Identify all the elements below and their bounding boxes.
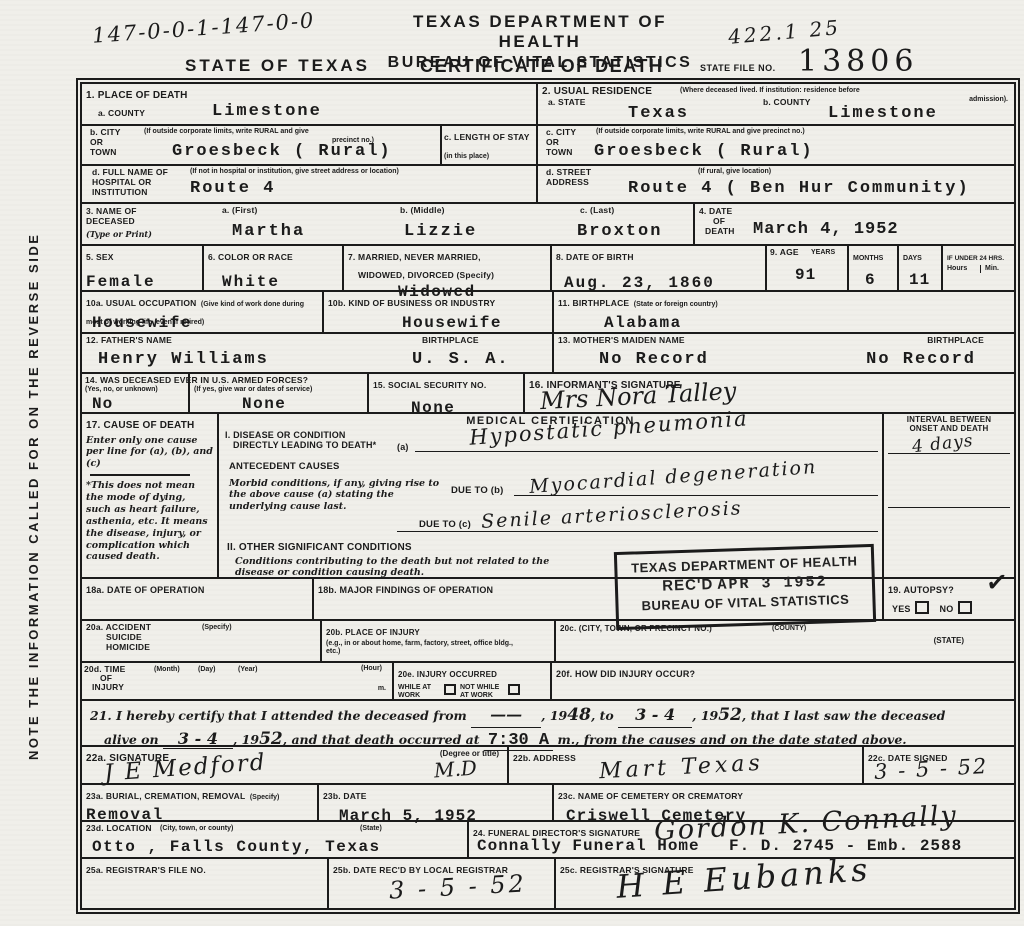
usual-residence-note: (Where deceased lived. If institution: r… [680, 87, 860, 95]
autopsy-yes-label: YES [892, 604, 911, 614]
age-days-value: 11 [909, 271, 937, 289]
reverse-side-note: NOTE THE INFORMATION CALLED FOR ON THE R… [26, 150, 41, 760]
certify-year3-hw: 52 [259, 729, 283, 749]
state-of-texas-label: STATE OF TEXAS [185, 56, 370, 76]
scanned-death-certificate: 147-0-0-1-147-0-0 TEXAS DEPARTMENT OF HE… [0, 0, 1024, 926]
mothers-name-value: No Record [599, 350, 709, 369]
place-of-death-title: 1. PLACE OF DEATH [86, 90, 188, 101]
age-years-label: YEARS [811, 249, 835, 257]
armed-forces-value: No [92, 395, 113, 413]
burial-date-label: 23b. DATE [323, 791, 367, 801]
place-of-injury-label: 20b. PLACE OF INJURY [326, 628, 420, 637]
interval-label: INTERVAL BETWEEN [888, 415, 1010, 424]
occupation-label: 10a. USUAL OCCUPATION [86, 298, 196, 308]
last-name-value: Broxton [577, 222, 662, 241]
location-note: (City, town, or county) [160, 825, 233, 833]
certify-p1: 21. I hereby certify that I attended the… [90, 708, 467, 723]
injury-hour-label: (Hour) [361, 665, 382, 673]
other-conditions-label: II. OTHER SIGNIFICANT CONDITIONS [227, 542, 412, 554]
autopsy-no-checkbox [958, 601, 972, 614]
middle-name-value: Lizzie [404, 222, 477, 241]
certify-p7: , 19 [233, 732, 259, 747]
mothers-name-label: 13. MOTHER'S MAIDEN NAME [558, 336, 685, 346]
due-to-b-label: DUE TO (b) [451, 486, 504, 497]
age-months-value: 6 [865, 271, 893, 289]
section-usual-residence: 2. USUAL RESIDENCE (Where deceased lived… [538, 84, 1014, 202]
disease-label2: DIRECTLY LEADING TO DEATH* [233, 440, 376, 450]
autopsy-no-checkmark: ✓ [984, 566, 1009, 599]
stamp-recd: REC'D [662, 576, 714, 595]
first-name-value: Martha [232, 222, 305, 241]
state-file-number: 13806 [798, 44, 918, 79]
address-label: 22b. ADDRESS [513, 753, 576, 763]
cemetery-label: 23c. NAME OF CEMETERY OR CREMATORY [558, 791, 743, 801]
disease-label: I. DISEASE OR CONDITION [225, 430, 346, 440]
sex-value: Female [86, 273, 198, 291]
mother-birthplace-value: No Record [866, 350, 976, 369]
autopsy-no-label: NO [940, 604, 954, 614]
morbid-note: Morbid conditions, if any, giving rise t… [229, 478, 441, 512]
date-signed-handwriting: 3 - 5 - 52 [873, 754, 988, 784]
armed-forces-note: (Yes, no, or unknown) [85, 386, 158, 394]
min-label: Min. [981, 265, 999, 273]
major-findings-label: 18b. MAJOR FINDINGS OF OPERATION [318, 585, 493, 595]
certify-p5: , that I last saw the deceased [742, 708, 946, 723]
res-city-note: (If outside corporate limits, write RURA… [596, 128, 926, 136]
certify-from-hw: —— [471, 703, 541, 728]
row-funeral-director: 23d. LOCATION (City, town, or county) (S… [82, 822, 1014, 859]
certify-p3: , to [591, 708, 614, 723]
registrar-signature: H E Eubanks [615, 850, 873, 906]
name-of-deceased-label: 3. NAME OF DECEASED [86, 207, 166, 227]
divider-rule [90, 474, 190, 476]
ssn-label: 15. SOCIAL SECURITY NO. [373, 380, 486, 390]
age-days-label: DAYS [903, 255, 922, 262]
length-of-stay-note: (in this place) [444, 153, 489, 160]
age-years-value: 91 [795, 266, 816, 284]
occupation-value: Housewife [92, 314, 192, 332]
hospital-label: d. FULL NAME OF HOSPITAL OR INSTITUTION [92, 168, 182, 197]
city-value: Groesbeck ( Rural) [172, 142, 392, 161]
certificate-table: 1. PLACE OF DEATH a. COUNTY Limestone b.… [80, 82, 1016, 910]
while-at-work-label: WHILE AT WORK [398, 684, 440, 699]
row-injury-time: 20d. TIME OF INJURY (Month) (Day) (Year)… [82, 663, 1014, 701]
how-injury-label: 20f. HOW DID INJURY OCCUR? [556, 669, 695, 679]
age-months-label: MONTHS [853, 255, 883, 262]
row-demographics: 5. SEX Female 6. COLOR OR RACE White 7. … [82, 246, 1014, 292]
dob-value: Aug. 23, 1860 [564, 274, 761, 292]
city-town-label: b. CITY OR TOWN [90, 128, 132, 157]
street-label: d. STREET ADDRESS [546, 168, 594, 188]
interval-label2: ONSET AND DEATH [888, 424, 1010, 433]
injury-day-label: (Day) [198, 666, 216, 674]
county-label: a. COUNTY [98, 108, 145, 118]
mother-birthplace-label: BIRTHPLACE [927, 336, 984, 346]
antecedent-label: ANTECEDENT CAUSES [229, 462, 340, 473]
hospital-note: (If not in hospital or institution, give… [190, 168, 510, 176]
fathers-name-value: Henry Williams [98, 350, 269, 369]
accident-specify-note: (Specify) [202, 624, 232, 632]
business-value: Housewife [402, 314, 502, 332]
cause-a-label: (a) [397, 442, 409, 452]
marital-label: 7. MARRIED, NEVER MARRIED, [348, 252, 481, 262]
row-armed-forces: 14. WAS DECEASED EVER IN U.S. ARMED FORC… [82, 374, 1014, 414]
color-race-label: 6. COLOR OR RACE [208, 252, 293, 262]
autopsy-yes-checkbox [915, 601, 929, 614]
injury-state-label: (STATE) [934, 637, 964, 646]
date-of-death-label3: DEATH [705, 227, 735, 237]
certify-p6: alive on [104, 732, 159, 747]
not-while-at-work-checkbox [508, 684, 520, 695]
autopsy-label: 19. AUTOPSY? [888, 585, 954, 595]
armed-forces-service-value: None [242, 395, 286, 413]
last-name-label: c. (Last) [580, 206, 614, 216]
birthplace-note: (State or foreign country) [634, 301, 718, 308]
burial-note: (Specify) [250, 794, 280, 801]
cause-note1: Enter only one cause per line for (a), (… [86, 435, 213, 469]
armed-forces-label: 14. WAS DECEASED EVER IN U.S. ARMED FORC… [85, 376, 365, 386]
place-of-injury-note: (e.g., in or about home, farm, factory, … [326, 640, 526, 655]
certificate-title: CERTIFICATE OF DEATH [420, 56, 663, 77]
birthplace-value: Alabama [604, 314, 682, 332]
handwritten-file-code: 147-0-0-1-147-0-0 [91, 8, 316, 48]
certify-alive-hw: 3 - 4 [163, 729, 233, 749]
injury-county-label: (COUNTY) [772, 625, 806, 633]
location-value: Otto , Falls County, Texas [92, 838, 381, 856]
row-medical-certification: 17. CAUSE OF DEATH Enter only one cause … [82, 414, 1014, 579]
certify-p2: , 19 [541, 708, 567, 723]
certify-year2-hw: 52 [718, 703, 742, 729]
res-state-label: a. STATE [548, 98, 586, 108]
first-name-label: a. (First) [222, 206, 258, 216]
not-while-at-work-label: NOT WHILE AT WORK [460, 684, 504, 699]
res-county-value: Limestone [828, 104, 938, 123]
street-value: Route 4 ( Ben Hur Community) [628, 179, 970, 198]
row-physician-signature: 22a. SIGNATURE (Degree or title) J E Med… [82, 747, 1014, 785]
res-city-label: c. CITY OR TOWN [546, 128, 588, 157]
location-label: 23d. LOCATION [86, 824, 152, 834]
row-registrar: 25a. REGISTRAR'S FILE NO. 25b. DATE REC'… [82, 859, 1014, 909]
received-stamp: TEXAS DEPARTMENT OF HEALTH REC'D APR 3 1… [614, 544, 876, 630]
injury-month-label: (Month) [154, 666, 180, 674]
res-city-value: Groesbeck ( Rural) [594, 142, 814, 161]
certify-p4: , 19 [692, 708, 718, 723]
row-certify-statement: 21. I hereby certify that I attended the… [82, 701, 1014, 747]
dob-label: 8. DATE OF BIRTH [556, 252, 634, 262]
registrar-file-label: 25a. REGISTRAR'S FILE NO. [86, 865, 206, 875]
certify-p9: m., from the causes and on the date stat… [558, 732, 907, 747]
hospital-value: Route 4 [190, 179, 275, 198]
business-label: 10b. KIND OF BUSINESS OR INDUSTRY [328, 298, 495, 308]
type-or-print-note: (Type or Print) [86, 230, 152, 239]
date-of-death-value: March 4, 1952 [753, 220, 899, 239]
length-of-stay-label: c. LENGTH OF STAY [444, 132, 530, 142]
middle-name-label: b. (Middle) [400, 206, 445, 216]
cause-of-death-label: 17. CAUSE OF DEATH [86, 420, 194, 431]
birthplace-label: 11. BIRTHPLACE [558, 298, 629, 308]
burial-label: 23a. BURIAL, CREMATION, REMOVAL [86, 791, 245, 801]
other-conditions-note: Conditions contributing to the death but… [235, 556, 565, 579]
injury-occurred-label: 20e. INJURY OCCURRED [398, 670, 497, 679]
row-name: 3. NAME OF DECEASED (Type or Print) a. (… [82, 204, 1014, 246]
row-place-residence: 1. PLACE OF DEATH a. COUNTY Limestone b.… [82, 84, 1014, 204]
certify-year1-hw: 48 [567, 703, 591, 729]
age-label: 9. AGE [770, 248, 799, 258]
usual-residence-title: 2. USUAL RESIDENCE [542, 86, 652, 98]
marital-label2: WIDOWED, DIVORCED (Specify) [358, 270, 494, 280]
row-injury-place: 20a. ACCIDENT SUICIDE HOMICIDE (Specify)… [82, 621, 1014, 663]
father-birthplace-label: BIRTHPLACE [422, 336, 479, 346]
under-24hrs-label: IF UNDER 24 HRS. [947, 255, 1004, 262]
location-state-note: (State) [360, 825, 382, 833]
state-file-no-label: STATE FILE NO. [700, 63, 776, 73]
date-recd-handwriting: 3 - 5 - 52 [388, 869, 527, 904]
cause-note2: *This does not mean the mode of dying, s… [86, 480, 213, 563]
county-value: Limestone [212, 102, 322, 121]
street-note: (If rural, give location) [698, 168, 771, 176]
hours-label: Hours [947, 265, 981, 273]
color-race-value: White [222, 273, 338, 291]
certify-to-hw: 3 - 4 [618, 703, 692, 728]
res-county-label: b. COUNTY [763, 98, 811, 108]
certify-line1: 21. I hereby certify that I attended the… [90, 703, 1006, 729]
fathers-name-label: 12. FATHER'S NAME [86, 336, 172, 346]
stamp-date: APR 3 1952 [717, 573, 827, 593]
armed-forces-note2: (If yes, give war or dates of service) [194, 386, 312, 394]
section-place-of-death: 1. PLACE OF DEATH a. COUNTY Limestone b.… [82, 84, 538, 202]
time-of-injury-label3: INJURY [92, 683, 124, 693]
certify-p8: , and that death occurred at [283, 732, 480, 747]
department-title: TEXAS DEPARTMENT OF HEALTH [370, 12, 710, 52]
row-occupation: 10a. USUAL OCCUPATION (Give kind of work… [82, 292, 1014, 334]
date-of-operation-label: 18a. DATE OF OPERATION [86, 585, 205, 595]
row-parents: 12. FATHER'S NAME BIRTHPLACE Henry Willi… [82, 334, 1014, 374]
usual-residence-note2: admission). [969, 96, 1008, 104]
degree-handwriting: M.D [433, 756, 477, 783]
length-of-stay-cell: c. LENGTH OF STAY (in this place) [440, 126, 536, 164]
city-note: (If outside corporate limits, write RURA… [144, 128, 394, 136]
sex-label: 5. SEX [86, 252, 114, 262]
injury-m-label: m. [378, 685, 386, 693]
while-at-work-checkbox [444, 684, 456, 695]
homicide-label: HOMICIDE [106, 643, 150, 653]
res-state-value: Texas [628, 104, 689, 123]
address-handwriting: Mart Texas [598, 751, 764, 785]
father-birthplace-value: U. S. A. [412, 350, 510, 369]
injury-year-label: (Year) [238, 666, 257, 674]
